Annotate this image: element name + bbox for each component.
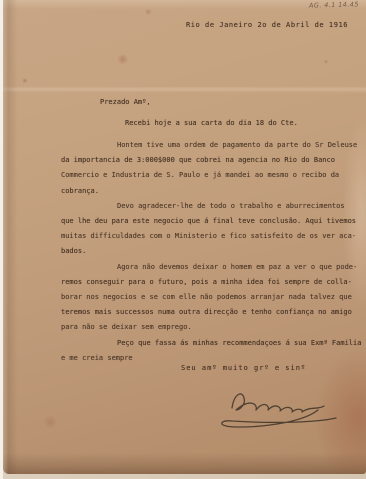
letter-line: remos conseguir para o futuro, pois a mi… (61, 275, 363, 290)
letter-line: teremos mais successos numa outra direcç… (61, 305, 363, 320)
letter-line: bados. (61, 244, 363, 259)
letter-line: Hontem tive uma ordem de pagamento da pa… (61, 138, 363, 153)
scanned-letter: AG. 4.1 14.45 Rio de Janeiro 2o de Abril… (0, 0, 366, 479)
dateline: Rio de Janeiro 2o de Abril de 1916 (186, 21, 348, 29)
letter-paper: AG. 4.1 14.45 Rio de Janeiro 2o de Abril… (3, 0, 366, 474)
letter-line: Peço que fassa ás minhas recommendaçoes … (61, 336, 363, 351)
letter-line: Devo agradecer-lhe de todo o trabalho e … (61, 199, 363, 214)
letter-line: Commercio e Industria de S. Paulo e já m… (61, 168, 363, 183)
archival-annotation: AG. 4.1 14.45 (309, 0, 359, 9)
letter-line: da importancia de 3:000$000 que cobrei n… (61, 153, 363, 168)
handwritten-signature-icon (198, 382, 348, 430)
letter-line: Agora não devemos deixar o homem em paz … (61, 260, 363, 275)
letter-line: que lhe deu para este negocio que á fina… (61, 214, 363, 229)
valediction: Seu amº muito grº e sinº (181, 364, 306, 372)
letter-body: Hontem tive uma ordem de pagamento da pa… (61, 138, 363, 366)
letter-line: cobrança. (61, 184, 363, 199)
salutation: Prezado Amº, (100, 98, 151, 106)
letter-line: para não se deixar sem emprego. (61, 320, 363, 335)
letter-line: borar nos negocios e se com elle não pod… (61, 290, 363, 305)
letter-line: muitas difficuldades com o Ministerio e … (61, 229, 363, 244)
opening-line: Recebi hoje a sua carta do dia 18 do Cte… (125, 119, 298, 127)
